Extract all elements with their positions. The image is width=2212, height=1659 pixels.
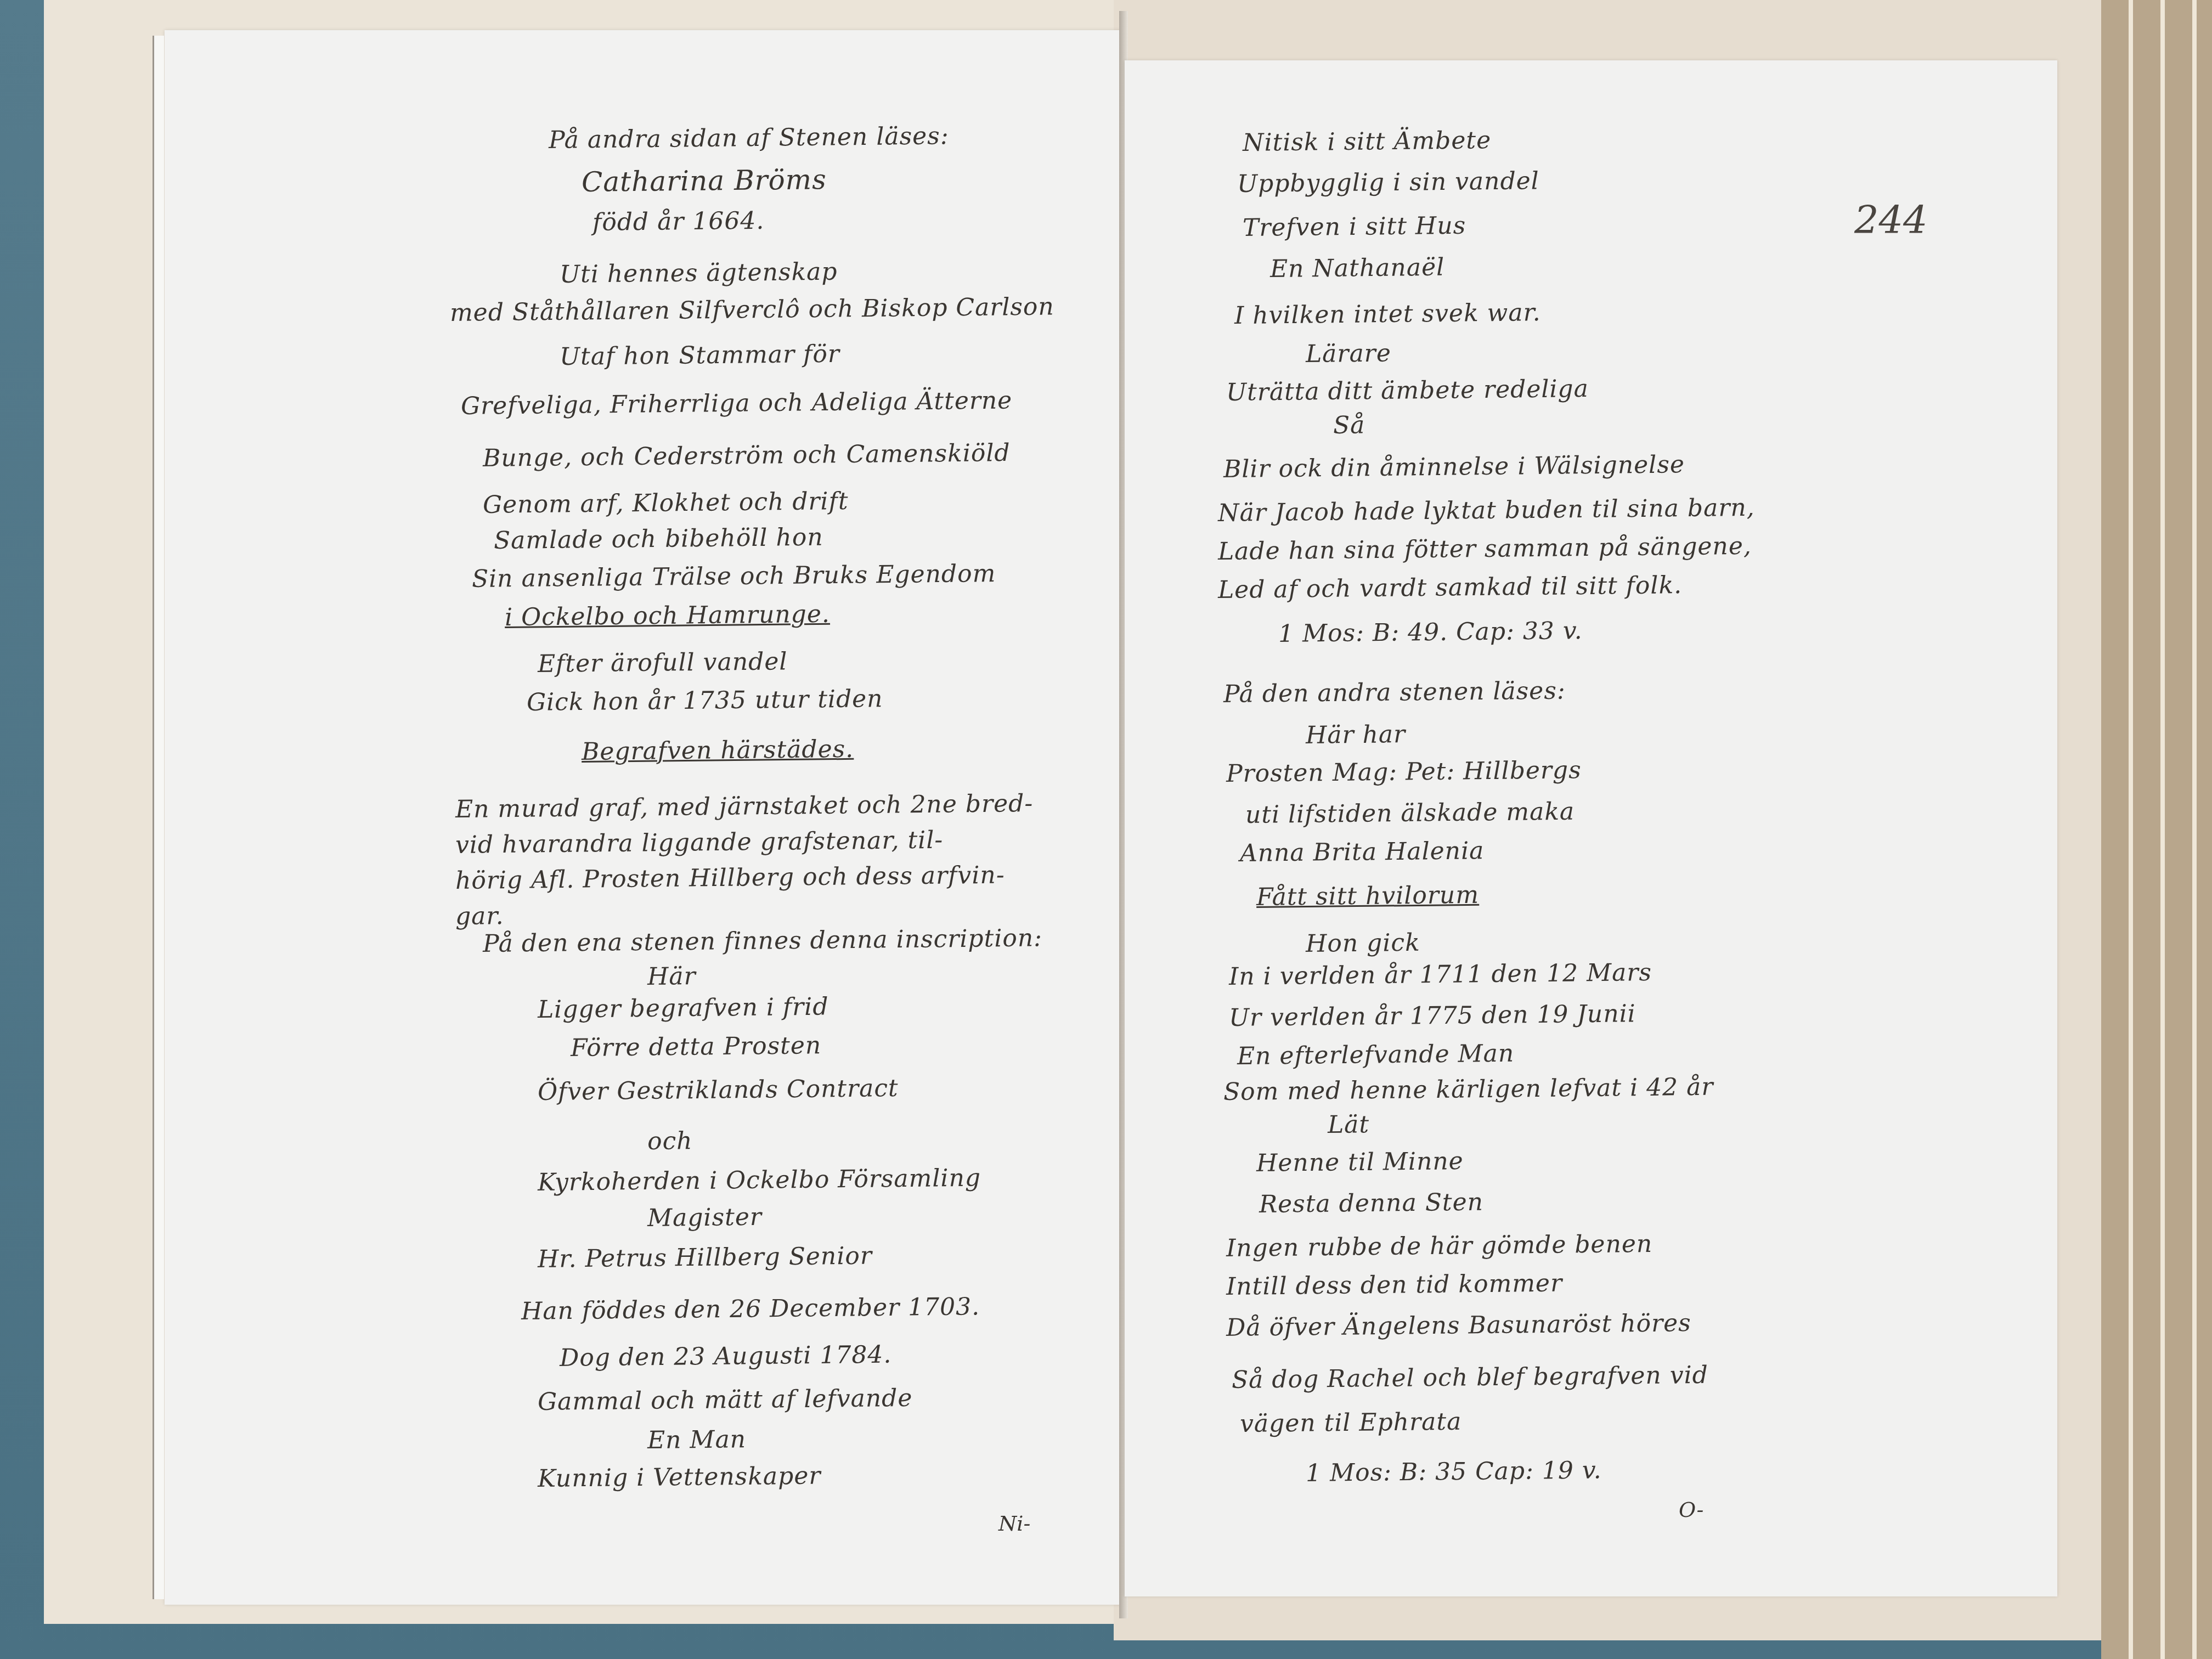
line: Så — [1333, 411, 1365, 439]
line: Bunge, och Cederström och Camenskiöld — [483, 439, 1011, 472]
page-stack-edges — [2101, 0, 2212, 1659]
line: med Ståthållaren Silfverclô och Biskop C… — [450, 292, 1054, 327]
line: Intill dess den tid kommer — [1226, 1269, 1563, 1301]
line: Här har — [1306, 720, 1406, 749]
line: En murad graf, med järnstaket och 2ne br… — [455, 789, 1034, 823]
line: Resta denna Sten — [1259, 1188, 1483, 1218]
line: I hvilken intet svek war. — [1234, 298, 1541, 330]
line: 1 Mos: B: 35 Cap: 19 v. — [1306, 1456, 1602, 1487]
line: Öfver Gestriklands Contract — [538, 1074, 899, 1106]
line: Han föddes den 26 December 1703. — [521, 1293, 980, 1325]
line: Henne til Minne — [1256, 1147, 1464, 1177]
line: Nitisk i sitt Ämbete — [1243, 126, 1492, 157]
line: Ingen rubbe de här gömde benen — [1226, 1230, 1653, 1262]
line: Så dog Rachel och blef begrafven vid — [1232, 1361, 1708, 1394]
line: Fått sitt hvilorum — [1256, 881, 1480, 911]
line: På den ena stenen finnes denna inscripti… — [483, 924, 1043, 958]
catchword: Ni- — [998, 1511, 1030, 1536]
line: När Jacob hade lyktat buden til sina bar… — [1218, 494, 1755, 527]
line: Lät — [1328, 1110, 1370, 1139]
page-number: 244 — [1854, 198, 1928, 242]
name-heading: Catharina Bröms — [582, 163, 827, 198]
line: och — [647, 1127, 693, 1155]
line: Gammal och mätt af lefvande — [538, 1384, 913, 1416]
line: Då öfver Ängelens Basunaröst höres — [1226, 1309, 1691, 1342]
line: Ur verlden år 1775 den 19 Junii — [1229, 1000, 1636, 1032]
line: Kyrkoherden i Ockelbo Församling — [538, 1164, 981, 1197]
line: hörig Afl. Prosten Hillberg och dess arf… — [455, 861, 1005, 895]
line: Kunnig i Vettenskaper — [538, 1462, 821, 1493]
right-page: 244 Nitisk i sitt Ämbete Uppbygglig i si… — [1125, 60, 2057, 1596]
line: Uti hennes ägtenskap — [560, 258, 838, 289]
line: Lärare — [1306, 339, 1391, 368]
line: Hr. Petrus Hillberg Senior — [538, 1242, 872, 1273]
line: En Nathanaël — [1270, 253, 1445, 283]
line: Efter ärofull vandel — [538, 647, 788, 678]
line: Som med henne kärligen lefvat i 42 år — [1223, 1073, 1714, 1106]
line: Sin ansenliga Trälse och Bruks Egendom — [472, 560, 996, 593]
line: Ligger begrafven i frid — [538, 992, 829, 1024]
line: Led af och vardt samkad til sitt folk. — [1218, 571, 1683, 604]
line: En efterlefvande Man — [1237, 1040, 1515, 1070]
line: Genom arf, Klokhet och drift — [483, 487, 849, 519]
line: Anna Brita Halenia — [1240, 837, 1485, 867]
line: Prosten Mag: Pet: Hillbergs — [1226, 756, 1582, 788]
line: Trefven i sitt Hus — [1243, 212, 1466, 242]
line: Förre detta Prosten — [571, 1031, 822, 1062]
line: In i verlden år 1711 den 12 Mars — [1229, 958, 1652, 991]
line: född år 1664. — [592, 207, 765, 236]
line: 1 Mos: B: 49. Cap: 33 v. — [1278, 617, 1583, 648]
line: Här — [647, 962, 696, 991]
line: vid hvarandra liggande grafstenar, til- — [455, 826, 944, 859]
line: Samlade och bibehöll hon — [494, 523, 823, 555]
line: Uträtta ditt ämbete redeliga — [1226, 375, 1589, 407]
left-page: På andra sidan af Stenen läses: Catharin… — [165, 30, 1125, 1605]
line: Hon gick — [1306, 929, 1420, 958]
line: i Ockelbo och Hamrunge. — [505, 600, 830, 631]
line: Magister — [647, 1203, 762, 1232]
line: Dog den 23 Augusti 1784. — [560, 1341, 892, 1372]
catchword: O- — [1679, 1498, 1703, 1522]
line: På andra sidan af Stenen läses: — [549, 122, 949, 154]
line: Gick hon år 1735 utur tiden — [527, 685, 883, 716]
section-heading: Begrafven härstädes. — [582, 735, 854, 766]
line: Utaf hon Stammar för — [560, 340, 840, 371]
line: Lade han sina fötter samman på sängene, — [1218, 532, 1752, 566]
line: Uppbygglig i sin vandel — [1237, 167, 1539, 198]
line: Grefveliga, Friherrliga och Adeliga Ätte… — [461, 386, 1013, 420]
line: En Man — [647, 1425, 747, 1454]
line: Blir ock din åminnelse i Wälsignelse — [1223, 450, 1685, 483]
line: vägen til Ephrata — [1240, 1408, 1462, 1438]
line: På den andra stenen läses: — [1223, 676, 1566, 708]
line: gar. — [455, 902, 504, 930]
line: uti lifstiden älskade maka — [1245, 798, 1575, 829]
